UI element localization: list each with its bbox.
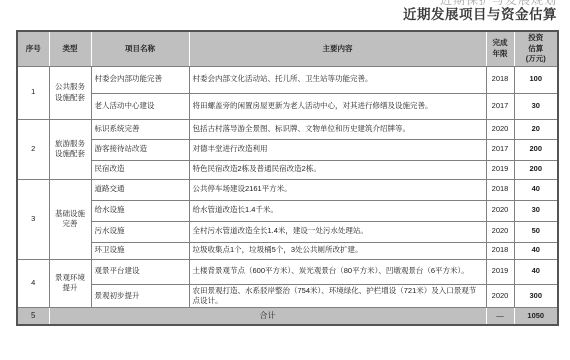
seq-cell: 4 <box>17 259 49 307</box>
table-body: 1公共服务设施配套村委会内部功能完善村委会内部文化活动站、托儿所、卫生站等功能完… <box>17 66 558 325</box>
table-row: 环卫设施垃圾收集点1个，垃圾桶5个，3处公共厕所改扩建。201840 <box>17 242 558 259</box>
cost-cell: 200 <box>514 139 558 160</box>
content-cell: 特色民宿改造2栋及普通民宿改造2栋。 <box>189 160 486 179</box>
content-cell: 土楼背景观节点（600平方米）、炭光观景台（80平方米）、凹墩观景台（6平方米）… <box>189 259 486 284</box>
project-name-cell: 观景平台建设 <box>91 259 189 284</box>
year-cell: 2020 <box>486 221 514 242</box>
table-row: 4景观环境提升观景平台建设土楼背景观节点（600平方米）、炭光观景台（80平方米… <box>17 259 558 284</box>
table-row: 2旅游服务设施配套标识系统完善包括古村落导游全景图、标识牌、文物单位和历史建筑介… <box>17 119 558 139</box>
total-row: 5合计—1050 <box>17 307 558 325</box>
project-name-cell: 景观初步提升 <box>91 284 189 307</box>
project-name-cell: 村委会内部功能完善 <box>91 66 189 93</box>
type-cell: 旅游服务设施配套 <box>49 119 91 179</box>
cost-cell: 100 <box>514 66 558 93</box>
project-name-cell: 道路交通 <box>91 179 189 200</box>
year-cell: 2018 <box>486 242 514 259</box>
total-cost-cell: 1050 <box>514 307 558 325</box>
year-cell: 2019 <box>486 160 514 179</box>
year-cell: 2018 <box>486 179 514 200</box>
year-cell: 2017 <box>486 139 514 160</box>
watermark-title: 近期保护与发展规划 <box>403 0 557 6</box>
table-row: 老人活动中心建设将田螺盖旁的闲置房屋更新为老人活动中心，对其进行修缮及设施完善。… <box>17 93 558 119</box>
content-cell: 包括古村落导游全景图、标识牌、文物单位和历史建筑介绍牌等。 <box>189 119 486 139</box>
table-header: 序号 类型 项目名称 主要内容 完成 年限 投资 估算 (万元) <box>17 31 558 66</box>
table-row: 1公共服务设施配套村委会内部功能完善村委会内部文化活动站、托儿所、卫生站等功能完… <box>17 66 558 93</box>
content-cell: 垃圾收集点1个，垃圾桶5个，3处公共厕所改扩建。 <box>189 242 486 259</box>
total-year-cell: — <box>486 307 514 325</box>
year-cell: 2020 <box>486 119 514 139</box>
project-name-cell: 给水设施 <box>91 200 189 221</box>
year-cell: 2017 <box>486 93 514 119</box>
title-block: 近期保护与发展规划 近期发展项目与资金估算 <box>403 0 557 22</box>
content-cell: 对德丰堂进行改造利用 <box>189 139 486 160</box>
type-cell: 公共服务设施配套 <box>49 66 91 119</box>
content-cell: 将田螺盖旁的闲置房屋更新为老人活动中心，对其进行修缮及设施完善。 <box>189 93 486 119</box>
project-name-cell: 环卫设施 <box>91 242 189 259</box>
seq-cell: 1 <box>17 66 49 119</box>
page-title: 近期发展项目与资金估算 <box>403 8 557 22</box>
table-row: 民宿改造特色民宿改造2栋及普通民宿改造2栋。2019200 <box>17 160 558 179</box>
cost-cell: 30 <box>514 200 558 221</box>
projects-table: 序号 类型 项目名称 主要内容 完成 年限 投资 估算 (万元) 1公共服务设施… <box>16 30 559 326</box>
table-row: 污水设施全村污水管道改造全长1.4米，建设一处污水处理站。202050 <box>17 221 558 242</box>
col-header-type: 类型 <box>49 31 91 66</box>
year-cell: 2019 <box>486 259 514 284</box>
col-header-content: 主要内容 <box>189 31 486 66</box>
seq-cell: 2 <box>17 119 49 179</box>
content-cell: 公共停车场建设2161平方米。 <box>189 179 486 200</box>
col-header-seq: 序号 <box>17 31 49 66</box>
table-row: 3基础设施完善道路交通公共停车场建设2161平方米。201840 <box>17 179 558 200</box>
cost-cell: 300 <box>514 284 558 307</box>
cost-cell: 30 <box>514 93 558 119</box>
year-cell: 2020 <box>486 284 514 307</box>
project-name-cell: 污水设施 <box>91 221 189 242</box>
project-name-cell: 游客接待站改造 <box>91 139 189 160</box>
table-row: 给水设施给水管道改造长1.4千米。202030 <box>17 200 558 221</box>
content-cell: 全村污水管道改造全长1.4米，建设一处污水处理站。 <box>189 221 486 242</box>
cost-cell: 50 <box>514 221 558 242</box>
slide-page: { "page": { "watermark_title": "近期保护与发展规… <box>0 0 570 360</box>
project-name-cell: 老人活动中心建设 <box>91 93 189 119</box>
cost-cell: 40 <box>514 242 558 259</box>
year-cell: 2020 <box>486 200 514 221</box>
seq-cell: 3 <box>17 179 49 259</box>
cost-cell: 200 <box>514 160 558 179</box>
project-name-cell: 民宿改造 <box>91 160 189 179</box>
table-row: 景观初步提升农田景观打造、水系驳岸整治（754米）、环境绿化、护栏增设（721米… <box>17 284 558 307</box>
table-row: 游客接待站改造对德丰堂进行改造利用2017200 <box>17 139 558 160</box>
content-cell: 给水管道改造长1.4千米。 <box>189 200 486 221</box>
project-name-cell: 标识系统完善 <box>91 119 189 139</box>
year-cell: 2018 <box>486 66 514 93</box>
type-cell: 景观环境提升 <box>49 259 91 307</box>
col-header-project-name: 项目名称 <box>91 31 189 66</box>
content-cell: 村委会内部文化活动站、托儿所、卫生站等功能完善。 <box>189 66 486 93</box>
content-cell: 农田景观打造、水系驳岸整治（754米）、环境绿化、护栏增设（721米）及入口景观… <box>189 284 486 307</box>
type-cell: 基础设施完善 <box>49 179 91 259</box>
col-header-year: 完成 年限 <box>486 31 514 66</box>
total-label-cell: 合计 <box>49 307 486 325</box>
cost-cell: 40 <box>514 179 558 200</box>
cost-cell: 40 <box>514 259 558 284</box>
cost-cell: 20 <box>514 119 558 139</box>
total-seq-cell: 5 <box>17 307 49 325</box>
col-header-cost: 投资 估算 (万元) <box>514 31 558 66</box>
